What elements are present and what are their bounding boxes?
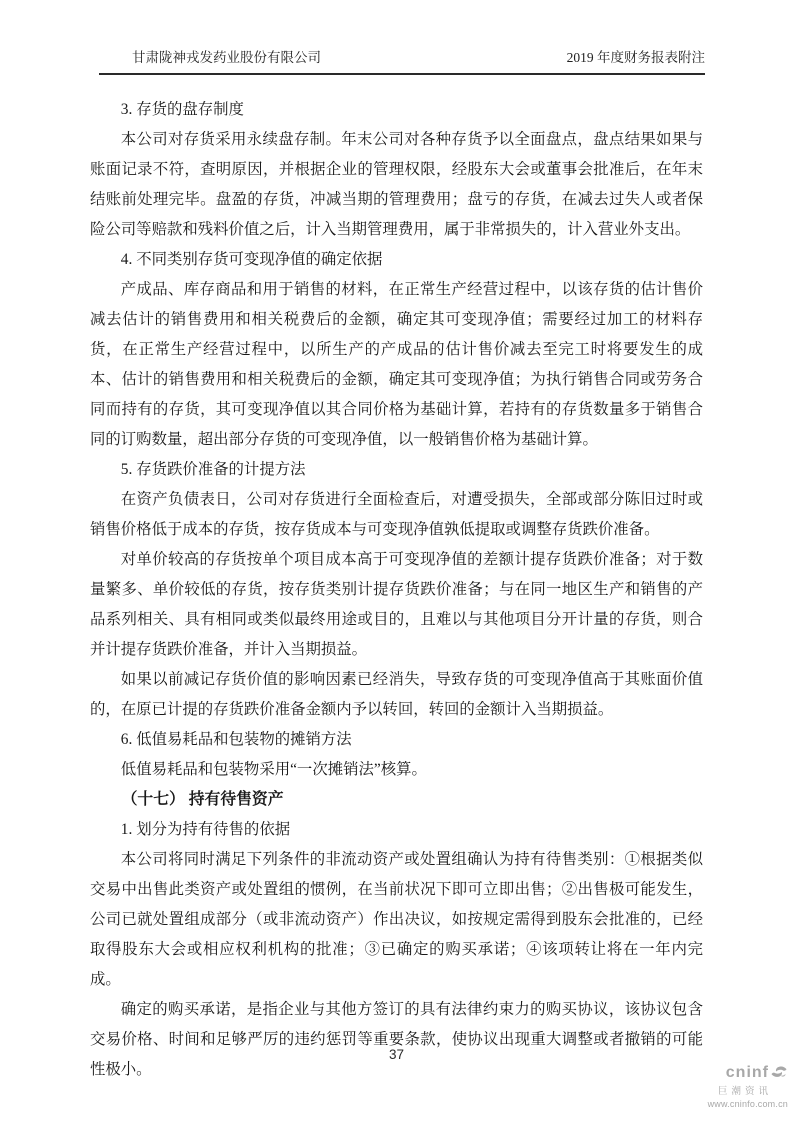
section-title: （十七） 持有待售资产: [90, 785, 703, 815]
paragraph: 对单价较高的存货按单个项目成本高于可变现净值的差额计提存货跌价准备；对于数量繁多…: [90, 545, 703, 665]
paragraph: 在资产负债表日，公司对存货进行全面检查后，对遭受损失，全部或部分陈旧过时或销售价…: [90, 485, 703, 545]
clause-heading: 1. 划分为持有待售的依据: [90, 815, 703, 845]
page-number: 37: [0, 1047, 793, 1062]
cninfo-url: www.cninfo.com.cn: [708, 1099, 788, 1109]
paragraph: 低值易耗品和包装物采用“一次摊销法”核算。: [90, 755, 703, 785]
paragraph: 确定的购买承诺，是指企业与其他方签订的具有法律约束力的购买协议，该协议包含交易价…: [90, 995, 703, 1085]
company-name: 甘肃陇神戎发药业股份有限公司: [99, 46, 321, 66]
cninfo-brand-text: cninf: [726, 1065, 769, 1081]
paragraph: 本公司对存货采用永续盘存制。年末公司对各种存货予以全面盘点，盘点结果如果与账面记…: [90, 125, 703, 245]
cninfo-watermark: cninf 巨潮资讯 www.cninfo.com.cn: [708, 1064, 788, 1109]
paragraph: 产成品、库存商品和用于销售的材料，在正常生产经营过程中，以该存货的估计售价减去估…: [90, 275, 703, 455]
report-title: 2019 年度财务报表附注: [567, 46, 705, 66]
paragraph: 本公司将同时满足下列条件的非流动资产或处置组确认为持有待售类别：①根据类似交易中…: [90, 845, 703, 995]
report-page: 甘肃陇神戎发药业股份有限公司 2019 年度财务报表附注 3. 存货的盘存制度本…: [0, 0, 793, 1122]
clause-heading: 4. 不同类别存货可变现净值的确定依据: [90, 245, 703, 275]
cninfo-logo-row: cninf: [708, 1064, 788, 1082]
clause-heading: 3. 存货的盘存制度: [90, 95, 703, 125]
clause-heading: 5. 存货跌价准备的计提方法: [90, 455, 703, 485]
cninfo-name-cn: 巨潮资讯: [708, 1083, 788, 1097]
cninfo-swirl-icon: [770, 1064, 788, 1082]
document-body: 3. 存货的盘存制度本公司对存货采用永续盘存制。年末公司对各种存货予以全面盘点，…: [90, 95, 703, 1085]
page-header: 甘肃陇神戎发药业股份有限公司 2019 年度财务报表附注: [99, 46, 705, 75]
clause-heading: 6. 低值易耗品和包装物的摊销方法: [90, 725, 703, 755]
paragraph: 如果以前减记存货价值的影响因素已经消失，导致存货的可变现净值高于其账面价值的，在…: [90, 665, 703, 725]
